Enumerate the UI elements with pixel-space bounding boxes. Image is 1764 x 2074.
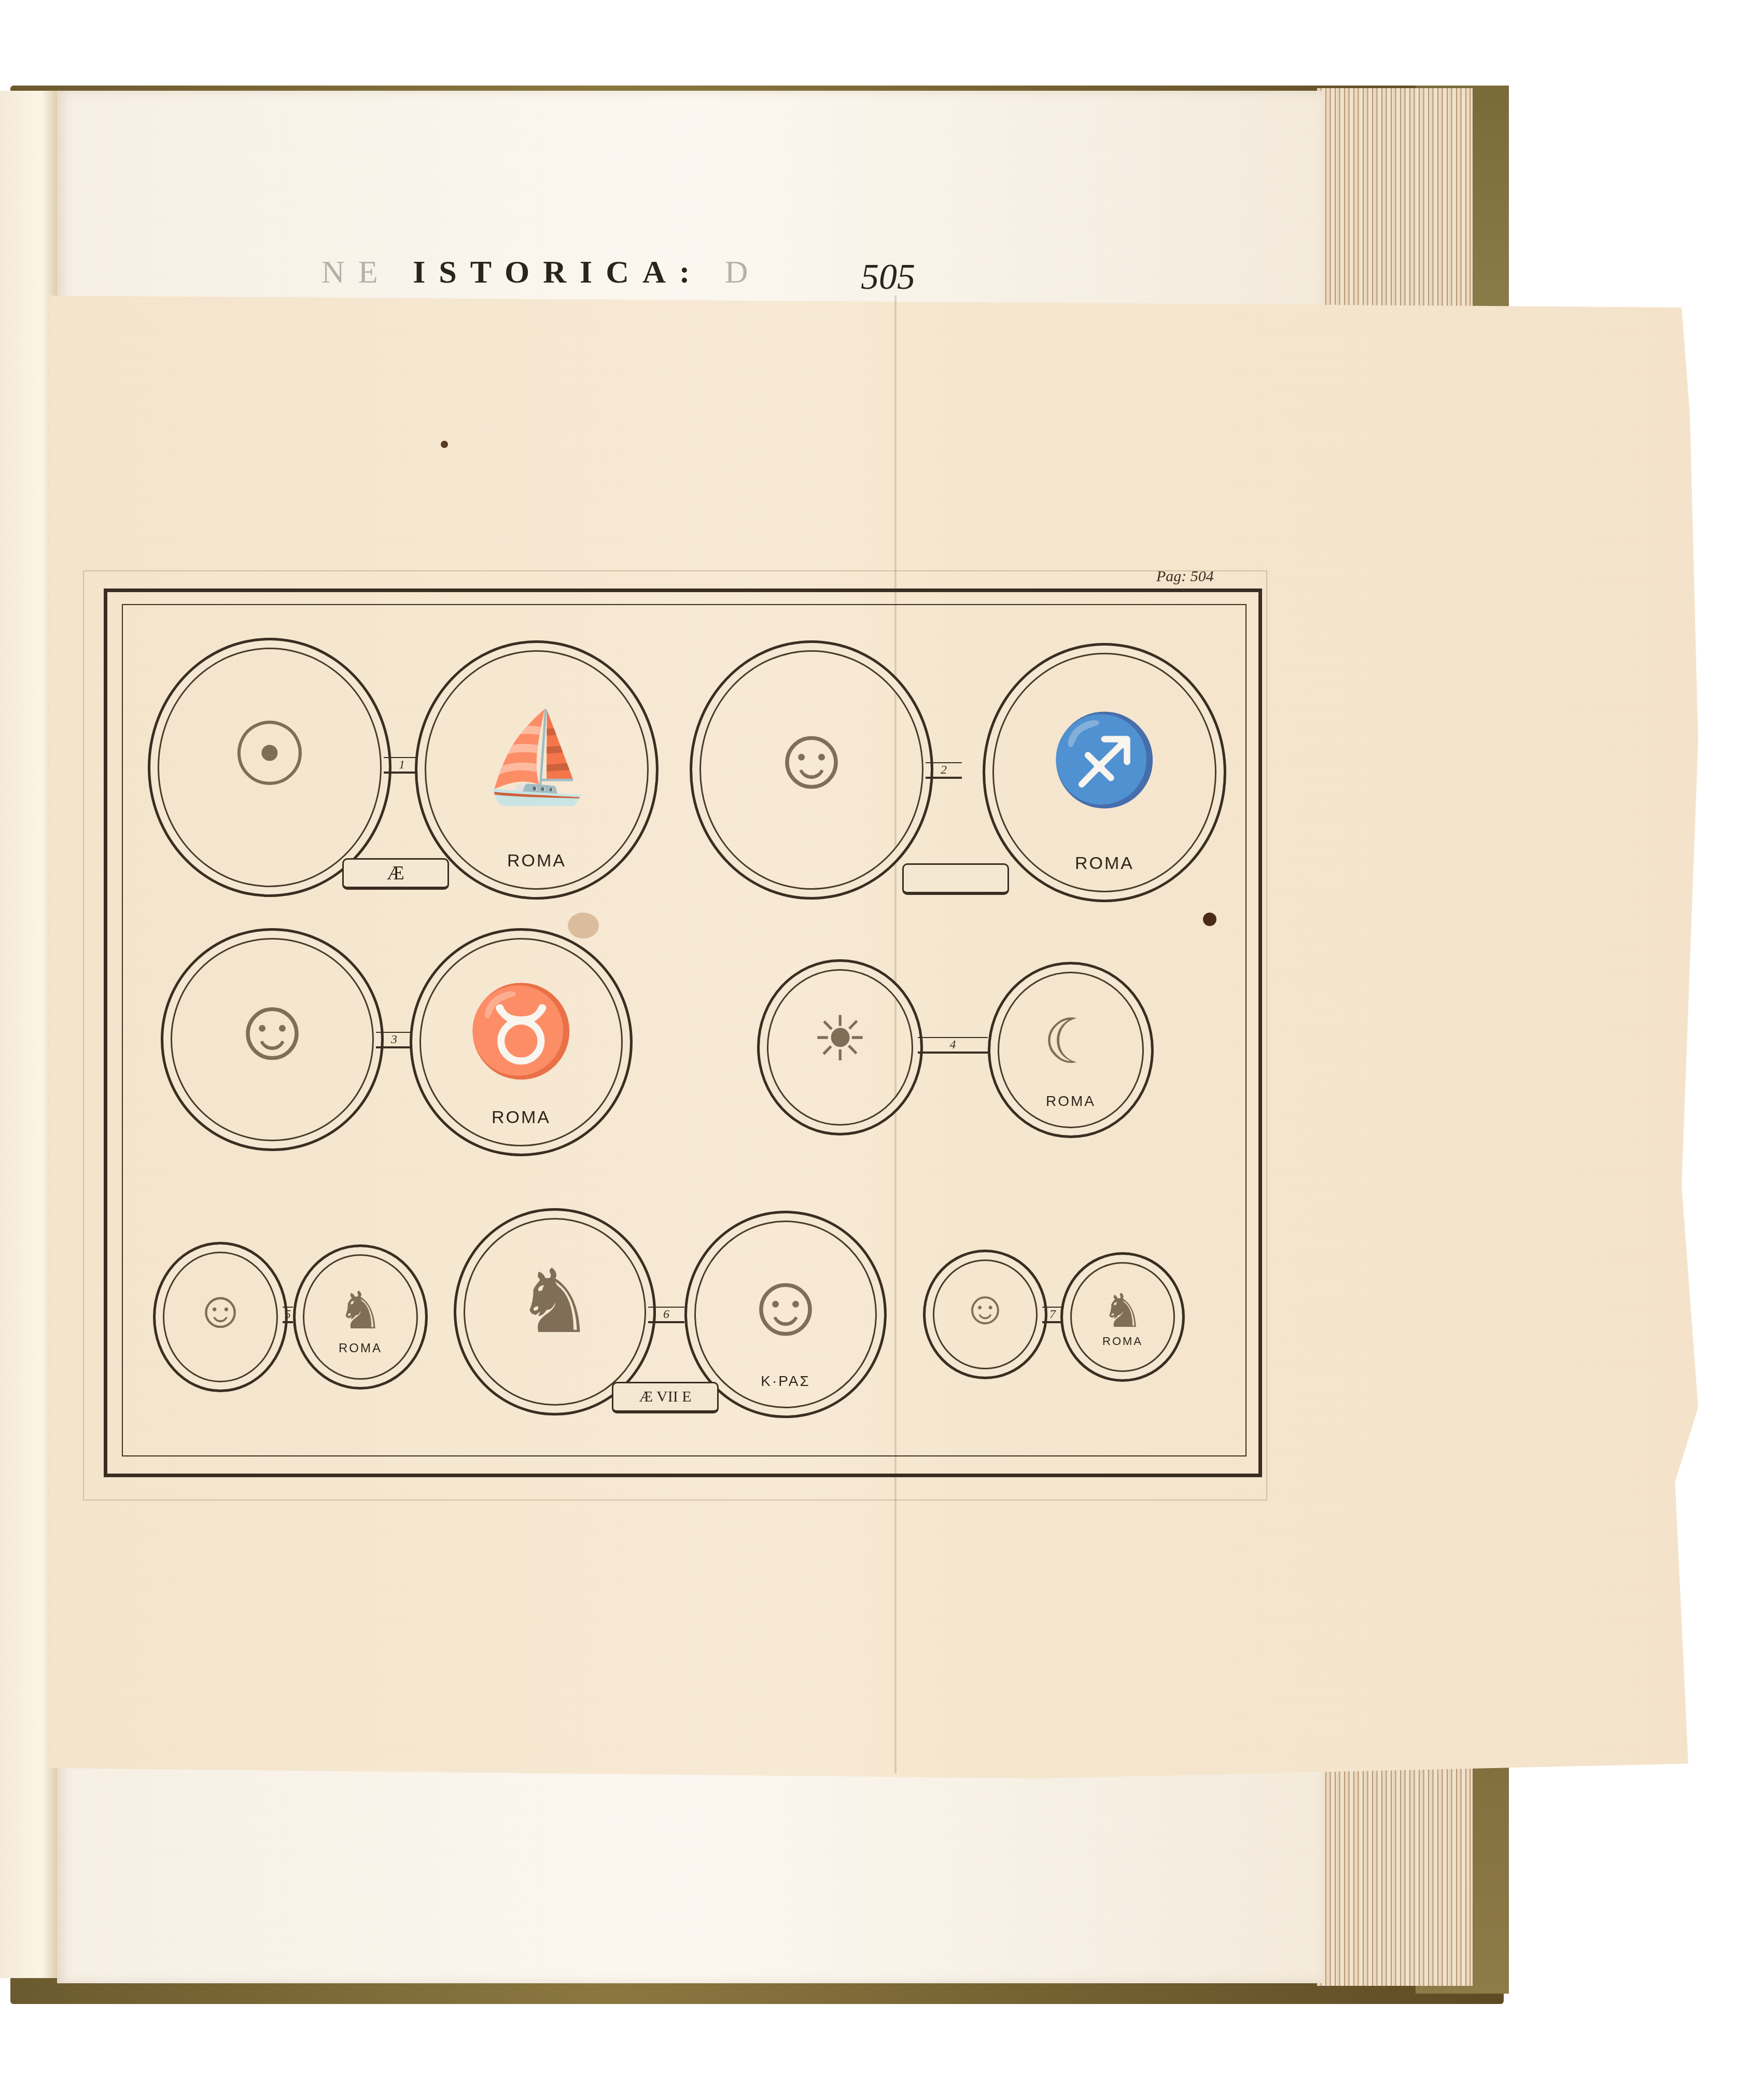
- helmeted-head-icon: ☺: [766, 707, 857, 808]
- connector-5: 5: [283, 1307, 293, 1323]
- running-head: NE ISTORICA: D: [321, 254, 1047, 296]
- connector-3: 3: [376, 1032, 412, 1048]
- coin-3-obverse: ☺: [161, 928, 384, 1151]
- horseman-icon: ♞: [337, 1280, 384, 1340]
- centaur-icon: ♐: [1049, 708, 1159, 812]
- coin-4-reverse: ☾ROMA: [988, 962, 1154, 1138]
- cartouche-6: Æ VII E: [612, 1382, 719, 1413]
- connector-7: 7: [1042, 1307, 1063, 1323]
- connector-4: 4: [918, 1037, 988, 1054]
- coin-7-reverse: ♞ROMA: [1060, 1252, 1185, 1382]
- coin-4-obverse: ☀: [757, 959, 923, 1136]
- coin-2-obverse: ☺: [690, 640, 933, 900]
- helmeted-head-icon: ☺: [961, 1282, 1009, 1335]
- coin-1-reverse: ⛵ROMA: [415, 640, 659, 900]
- coin-2-reverse: ♐ROMA: [983, 643, 1226, 902]
- janus-head-icon: ☉: [230, 704, 309, 806]
- horse-head-icon: ♞: [515, 1251, 594, 1353]
- horse-head-icon: ♞: [1102, 1284, 1144, 1338]
- stain: [441, 441, 448, 448]
- cartouche-2: [902, 863, 1009, 895]
- ship-prow-icon: ⛵: [482, 706, 592, 809]
- page-number: 505: [861, 257, 915, 298]
- coin-5-reverse: ♞ROMA: [293, 1244, 428, 1390]
- page-reference: Pag: 504: [1156, 568, 1214, 585]
- female-head-icon: ☺: [227, 978, 317, 1080]
- sun-head-icon: ☀: [812, 1003, 868, 1075]
- bull-icon: ♉: [466, 979, 576, 1083]
- coin-7-obverse: ☺: [923, 1250, 1047, 1379]
- cartouche-1: Æ: [342, 858, 449, 890]
- coin-5-obverse: ☺: [153, 1242, 288, 1392]
- running-head-text: ISTORICA:: [413, 255, 703, 290]
- athena-head-icon: ☺: [740, 1254, 831, 1355]
- connector-6: 6: [648, 1307, 684, 1323]
- coin-3-reverse: ♉ROMA: [410, 928, 633, 1156]
- connector-2: 2: [926, 762, 962, 779]
- crescent-moon-icon: ☾: [1043, 1005, 1099, 1077]
- laureate-head-icon: ☺: [194, 1280, 247, 1340]
